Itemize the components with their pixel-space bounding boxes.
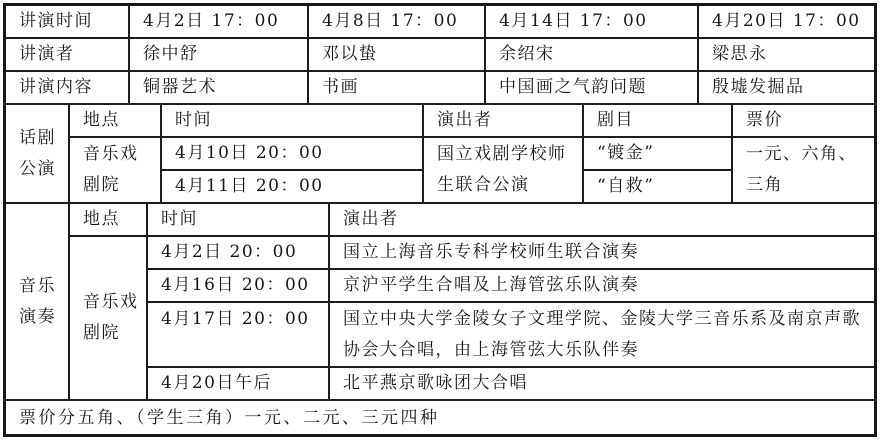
music-performer-header: 演出者	[329, 204, 874, 236]
lecture-topic-cell: 殷墟发掘品	[698, 71, 874, 104]
drama-performer-header: 演出者	[423, 105, 583, 137]
drama-time-header: 时间	[161, 105, 423, 137]
music-performer-cell: 北平燕京歌咏团大合唱	[329, 367, 874, 400]
music-time-cell: 4月16日 20：00	[147, 269, 329, 302]
drama-price-cell: 一元、六角、三角	[732, 137, 874, 203]
music-section: 音乐演奏 地点 时间 演出者 音乐戏剧院 4月2日 20：00 国立上海音乐专科…	[6, 204, 874, 401]
lecture-time-cell: 4月14日 17：00	[485, 6, 698, 38]
lecturer-label: 讲演者	[6, 38, 129, 71]
lecture-time-cell: 4月20日 17：00	[698, 6, 874, 38]
ticket-price-note: 票价分五角、（学生三角）一元、二元、三元四种	[6, 401, 874, 434]
drama-performer-cell: 国立戏剧学校师生联合公演	[423, 137, 583, 203]
music-time-cell: 4月20日午后	[147, 367, 329, 400]
music-section-label: 音乐演奏	[6, 204, 69, 400]
drama-repertoire-cell: “自救”	[583, 170, 732, 203]
lecture-topic-cell: 铜器艺术	[129, 71, 308, 104]
lecture-time-label: 讲演时间	[6, 6, 129, 38]
music-time-cell: 4月2日 20：00	[147, 236, 329, 269]
lecturer-cell: 邓以蛰	[308, 38, 485, 71]
lecture-section: 讲演时间 4月2日 17：00 4月8日 17：00 4月14日 17：00 4…	[6, 6, 874, 105]
music-time-cell: 4月17日 20：00	[147, 302, 329, 367]
drama-repertoire-header: 剧目	[583, 105, 732, 137]
lecturer-cell: 梁思永	[698, 38, 874, 71]
music-performer-cell: 国立中央大学金陵女子文理学院、金陵大学三音乐系及南京声歌协会大合唱，由上海管弦大…	[329, 302, 874, 367]
drama-section-label: 话剧公演	[6, 105, 69, 203]
music-performer-cell: 京沪平学生合唱及上海管弦乐队演奏	[329, 269, 874, 302]
lecturer-cell: 余绍宋	[485, 38, 698, 71]
lecture-time-cell: 4月2日 17：00	[129, 6, 308, 38]
drama-venue-cell: 音乐戏剧院	[69, 137, 161, 203]
drama-section: 话剧公演 地点 时间 演出者 剧目 票价 音乐戏剧院 4月10日 20：00 国…	[6, 105, 874, 204]
drama-time-cell: 4月10日 20：00	[161, 137, 423, 170]
music-performer-cell: 国立上海音乐专科学校师生联合演奏	[329, 236, 874, 269]
music-venue-header: 地点	[69, 204, 147, 236]
drama-time-cell: 4月11日 20：00	[161, 170, 423, 203]
lecture-topic-label: 讲演内容	[6, 71, 129, 104]
lecture-topic-cell: 中国画之气韵问题	[485, 71, 698, 104]
music-venue-cell: 音乐戏剧院	[69, 236, 147, 400]
drama-venue-header: 地点	[69, 105, 161, 137]
lecture-topic-cell: 书画	[308, 71, 485, 104]
drama-repertoire-cell: “镀金”	[583, 137, 732, 170]
schedule-table: 讲演时间 4月2日 17：00 4月8日 17：00 4月14日 17：00 4…	[3, 3, 877, 437]
music-time-header: 时间	[147, 204, 329, 236]
lecturer-cell: 徐中舒	[129, 38, 308, 71]
drama-price-header: 票价	[732, 105, 874, 137]
lecture-time-cell: 4月8日 17：00	[308, 6, 485, 38]
